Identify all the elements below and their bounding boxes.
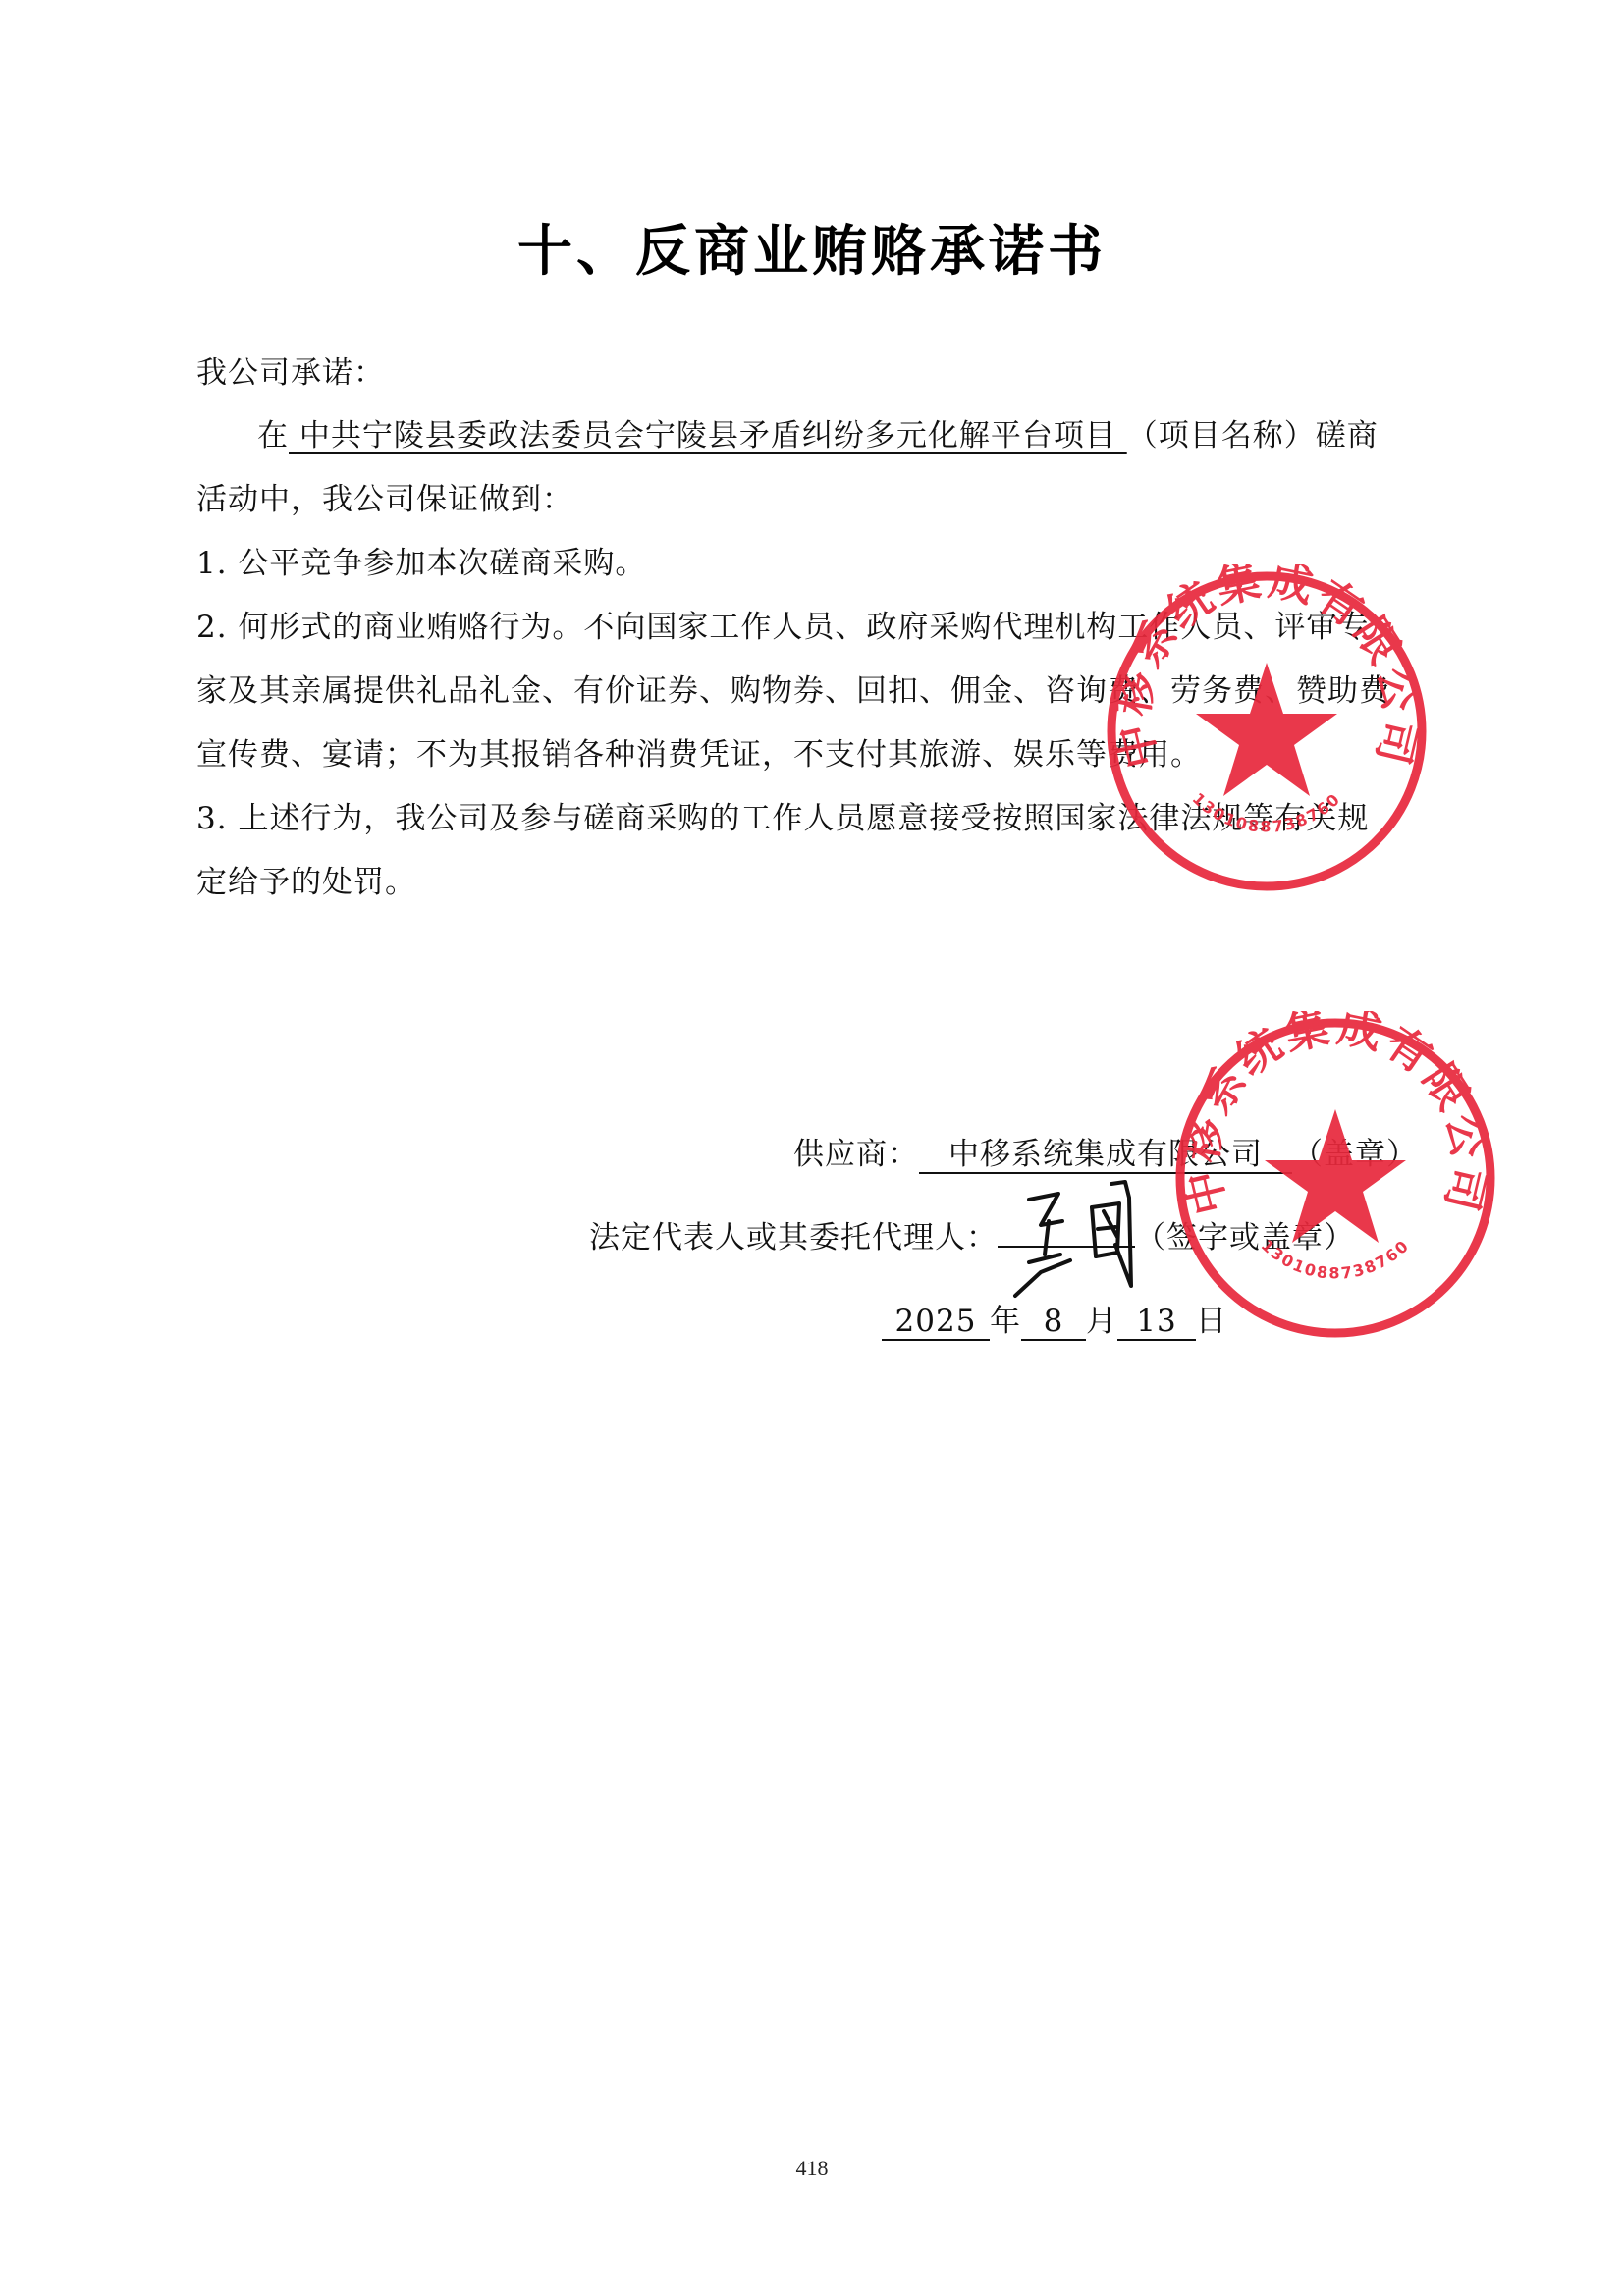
page-number: 418 [0, 2156, 1624, 2181]
date-month: 8 [1021, 1304, 1086, 1341]
representative-signature-field [998, 1246, 1135, 1248]
item-3-line-1: 3. 上述行为，我公司及参与磋商采购的工作人员愿意接受按照国家法律法规等有关规 [196, 799, 1369, 838]
date-year-label: 年 [990, 1304, 1021, 1339]
document-page: 十、反商业贿赂承诺书 我公司承诺： 在 中共宁陵县委政法委员会宁陵县矛盾纠纷多元… [0, 0, 1624, 2296]
company-seal-icon: 中移系统集成有限公司 1301088738760 [1168, 1011, 1502, 1345]
date-month-label: 月 [1086, 1304, 1117, 1339]
representative-label: 法定代表人或其委托代理人： [589, 1220, 998, 1255]
item-number: 1. [196, 546, 228, 581]
supplier-label: 供应商： [793, 1137, 919, 1172]
project-name: 中共宁陵县委政法委员会宁陵县矛盾纠纷多元化解平台项目 [289, 418, 1127, 454]
item-2-line-1: 2. 何形式的商业贿赂行为。不向国家工作人员、政府采购代理机构工作人员、评审专 [196, 608, 1369, 647]
item-number: 3. [196, 801, 228, 836]
date-day: 13 [1117, 1304, 1196, 1341]
document-title: 十、反商业贿赂承诺书 [0, 208, 1624, 287]
supplier-suffix: （盖章） [1292, 1137, 1418, 1172]
item-3-line-2: 定给予的处罚。 [196, 863, 416, 902]
item-text: 公平竞争参加本次磋商采购。 [238, 546, 646, 581]
paragraph-1-line-1: 在 中共宁陵县委政法委员会宁陵县矛盾纠纷多元化解平台项目 （项目名称）磋商 [257, 416, 1379, 455]
supplier-row: 供应商：中移系统集成有限公司（盖章） [793, 1135, 1418, 1174]
paragraph-suffix: （项目名称）磋商 [1127, 418, 1379, 454]
item-2-line-2: 家及其亲属提供礼品礼金、有价证券、购物券、回扣、佣金、咨询费、劳务费、赞助费 [196, 671, 1390, 711]
svg-text:中移系统集成有限公司: 中移系统集成有限公司 [1176, 1011, 1494, 1219]
representative-row: 法定代表人或其委托代理人：（签字或盖章） [589, 1218, 1355, 1257]
item-text: 何形式的商业贿赂行为。不向国家工作人员、政府采购代理机构工作人员、评审专 [238, 610, 1369, 645]
supplier-name: 中移系统集成有限公司 [948, 1137, 1263, 1172]
item-number: 2. [196, 610, 228, 645]
item-text: 上述行为，我公司及参与磋商采购的工作人员愿意接受按照国家法律法规等有关规 [238, 801, 1369, 836]
date-year: 2025 [882, 1304, 990, 1341]
date-row: 2025年8月13日 [882, 1302, 1227, 1341]
item-1: 1. 公平竞争参加本次磋商采购。 [196, 544, 646, 583]
item-2-line-3: 宣传费、宴请；不为其报销各种消费凭证，不支付其旅游、娱乐等费用。 [196, 735, 1202, 774]
paragraph-prefix: 在 [257, 418, 289, 454]
supplier-name-field: 中移系统集成有限公司 [919, 1137, 1292, 1174]
paragraph-1-line-2: 活动中，我公司保证做到： [196, 480, 573, 519]
representative-suffix: （签字或盖章） [1135, 1220, 1355, 1255]
date-day-label: 日 [1196, 1304, 1227, 1339]
intro-text: 我公司承诺： [196, 353, 385, 393]
